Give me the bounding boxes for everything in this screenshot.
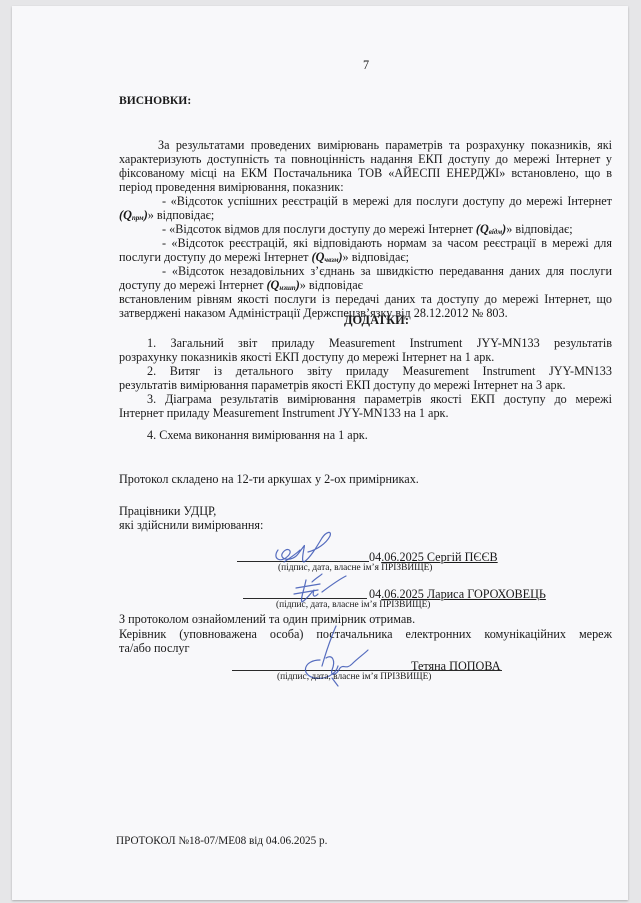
acknowledgement-line-3: та/або послуг: [119, 641, 190, 655]
indicator-1-line-1: - «Відсоток успішних реєстрацій в мережі…: [162, 194, 612, 208]
protocol-footer: ПРОТОКОЛ №18-07/МЕ08 від 04.06.2025 р.: [116, 834, 327, 848]
intro-line-2: характеризують доступність та повноцінні…: [119, 152, 612, 166]
appendix-1-line-2: розрахунку показників якості ЕКП доступу…: [119, 350, 494, 364]
workers-label-2: які здійснили вимірювання:: [119, 518, 263, 532]
indicator-3-symbol: (Qчвзм): [312, 250, 343, 264]
intro-line-4: період проведення вимірювання, показник:: [119, 180, 612, 194]
appendices-heading-text: ДОДАТКИ:: [344, 313, 409, 327]
protocol-note: Протокол складено на 12-ти аркушах у 2-о…: [119, 472, 419, 486]
closing-line-2: затверджені наказом Адміністрації Держсп…: [119, 306, 508, 320]
workers-label-1: Працівники УДЦР,: [119, 504, 216, 518]
signature-3-caption: (підпис, дата, власне ім’я ПРІЗВИЩЕ): [277, 672, 431, 683]
appendix-1-line-1: 1. Загальний звіт приладу Measurement In…: [147, 336, 612, 350]
appendix-2-line-2: результатів вимірювання параметрів якост…: [119, 378, 566, 392]
indicator-2-symbol: (Qвідм): [476, 222, 506, 236]
indicator-4-line-1: - «Відсоток незадовільних з’єднань за шв…: [162, 264, 612, 278]
intro-line-1: За результатами проведених вимірювань па…: [158, 138, 612, 152]
signature-2-caption: (підпис, дата, власне ім’я ПРІЗВИЩЕ): [276, 600, 430, 611]
page-number: 7: [363, 58, 369, 72]
indicator-1-symbol: (Qпрм): [119, 208, 148, 222]
indicator-3-line-1: - «Відсоток реєстрацій, які відповідають…: [162, 236, 612, 250]
appendix-4: 4. Схема виконання вимірювання на 1 арк.: [147, 428, 368, 442]
indicator-4-symbol: (Qнзшп): [266, 278, 299, 292]
signature-1-icon: [270, 528, 340, 568]
closing-line-1: встановленим рівням якості послуги із пе…: [119, 292, 612, 306]
appendix-2-line-1: 2. Витяг із детального звіту приладу Mea…: [147, 364, 612, 378]
appendix-3-line-2: Інтернет приладу Measurement Instrument …: [119, 406, 449, 420]
appendix-3-line-1: 3. Діаграма результатів вимірювання пара…: [147, 392, 612, 406]
intro-line-3: фіксованому місці на ЕКМ Постачальника Т…: [119, 166, 612, 180]
conclusions-heading: ВИСНОВКИ:: [119, 94, 191, 108]
